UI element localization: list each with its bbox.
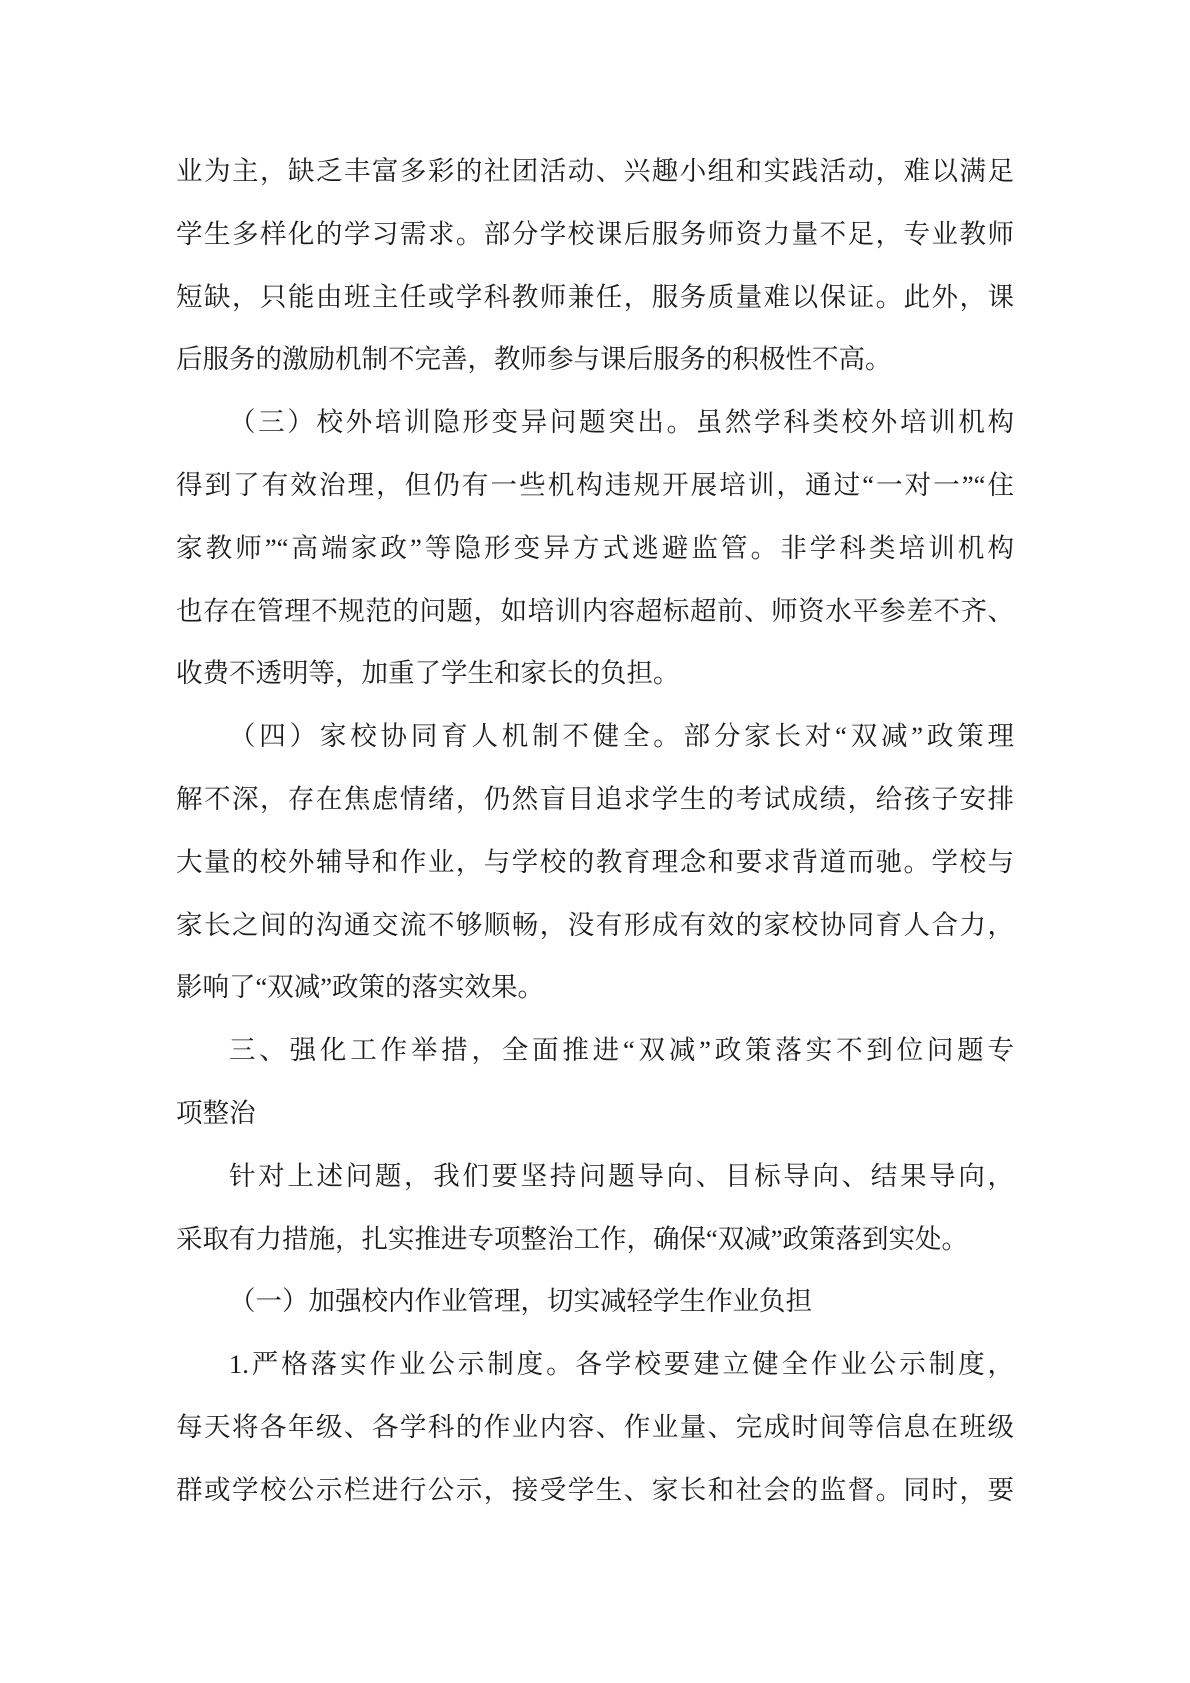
text-line: 1.严格落实作业公示制度。各学校要建立健全作业公示制度， (176, 1333, 1014, 1396)
text-line: 三、强化工作举措，全面推进“双减”政策落实不到位问题专 (176, 1019, 1014, 1082)
text-line: 针对上述问题，我们要坚持问题导向、目标导向、结果导向， (176, 1145, 1014, 1208)
text-line: （一）加强校内作业管理，切实减轻学生作业负担 (176, 1270, 1014, 1333)
text-line: 后服务的激励机制不完善，教师参与课后服务的积极性不高。 (176, 328, 1014, 391)
text-line: 学生多样化的学习需求。部分学校课后服务师资力量不足，专业教师 (176, 203, 1014, 266)
document-page: 业为主，缺乏丰富多彩的社团活动、兴趣小组和实践活动，难以满足学生多样化的学习需求… (0, 0, 1190, 1683)
text-line: 每天将各年级、各学科的作业内容、作业量、完成时间等信息在班级 (176, 1396, 1014, 1459)
text-line: 群或学校公示栏进行公示，接受学生、家长和社会的监督。同时，要 (176, 1459, 1014, 1522)
text-line: 家教师”“高端家政”等隐形变异方式逃避监管。非学科类培训机构 (176, 517, 1014, 580)
text-line: 项整治 (176, 1082, 1014, 1145)
text-line: 得到了有效治理，但仍有一些机构违规开展培训，通过“一对一”“住 (176, 454, 1014, 517)
text-line: （三）校外培训隐形变异问题突出。虽然学科类校外培训机构 (176, 391, 1014, 454)
text-line: 影响了“双减”政策的落实效果。 (176, 956, 1014, 1019)
text-line: 采取有力措施，扎实推进专项整治工作，确保“双减”政策落到实处。 (176, 1208, 1014, 1271)
text-line: 短缺，只能由班主任或学科教师兼任，服务质量难以保证。此外，课 (176, 266, 1014, 329)
text-line: 也存在管理不规范的问题，如培训内容超标超前、师资水平参差不齐、 (176, 580, 1014, 643)
text-line: （四）家校协同育人机制不健全。部分家长对“双减”政策理 (176, 705, 1014, 768)
text-line: 业为主，缺乏丰富多彩的社团活动、兴趣小组和实践活动，难以满足 (176, 140, 1014, 203)
text-line: 大量的校外辅导和作业，与学校的教育理念和要求背道而驰。学校与 (176, 831, 1014, 894)
document-text: 业为主，缺乏丰富多彩的社团活动、兴趣小组和实践活动，难以满足学生多样化的学习需求… (176, 140, 1014, 1522)
text-line: 解不深，存在焦虑情绪，仍然盲目追求学生的考试成绩，给孩子安排 (176, 768, 1014, 831)
text-line: 收费不透明等，加重了学生和家长的负担。 (176, 642, 1014, 705)
text-line: 家长之间的沟通交流不够顺畅，没有形成有效的家校协同育人合力， (176, 894, 1014, 957)
